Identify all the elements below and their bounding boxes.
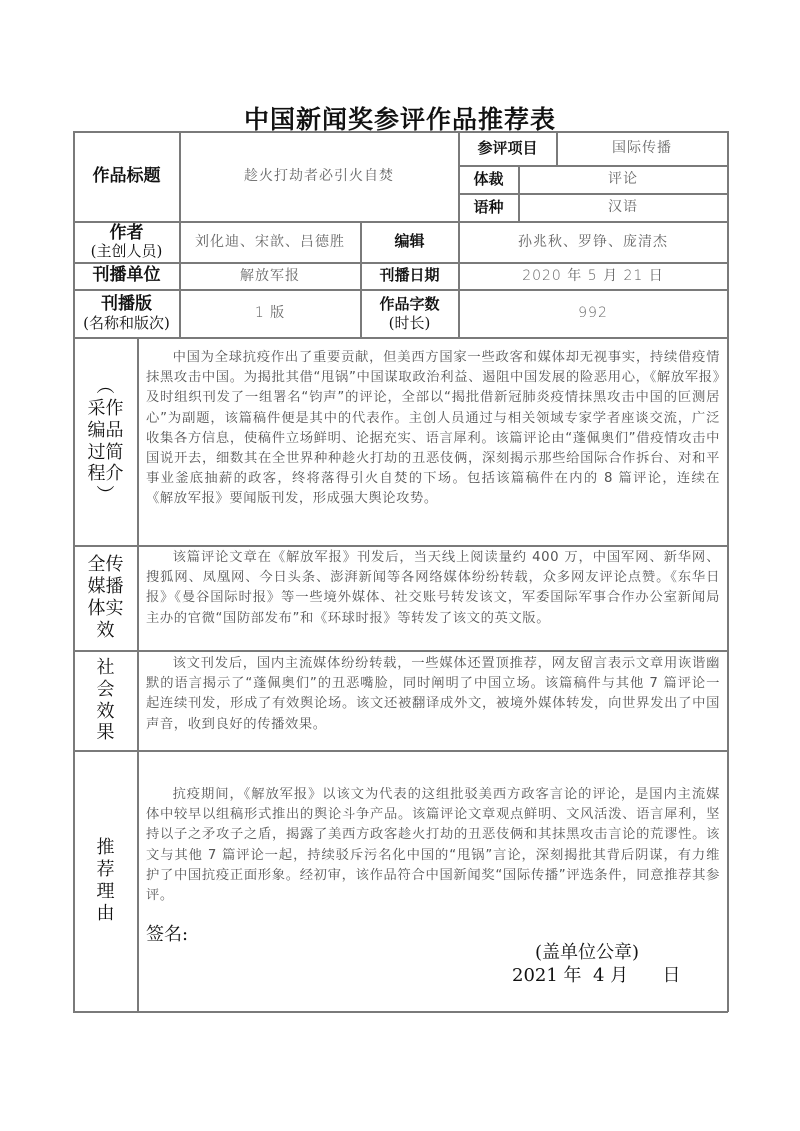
work-title-label: 作品标题 [74, 132, 179, 221]
edition-label: 刊播版 [101, 294, 152, 314]
label-line: 媒播 [88, 576, 124, 598]
divider [73, 337, 728, 339]
section-label-recommendation: 推 荐 理 由 [74, 751, 137, 1011]
work-title-value: 趁火打劫者必引火自焚 [180, 132, 458, 221]
author-label-cell: 作者 (主创人员) [74, 222, 179, 262]
genre-label: 体裁 [459, 166, 518, 193]
divider [73, 750, 728, 752]
section-label-process: ︵ 采作 编品 过简 程介 ︶ [74, 338, 137, 545]
edition-value: 1 版 [180, 290, 360, 337]
section-label-media-effect: 全传 媒播 体实 效 [74, 546, 137, 650]
category-label: 参评项目 [459, 132, 556, 165]
label-line: 体实 [88, 598, 124, 620]
label-line: 果 [97, 722, 115, 744]
divider [73, 545, 728, 547]
label-line: 荐 [97, 859, 115, 881]
section-text-social-effect: 该文刊发后，国内主流媒体纷纷转载，一些媒体还置顶推荐，网友留言表示文章用诙谐幽默… [146, 654, 720, 735]
pub-date-value: 2020 年 5 月 21 日 [459, 263, 727, 289]
label-line: 全传 [88, 554, 124, 576]
edition-label-cell: 刊播版 (名称和版次) [74, 290, 179, 337]
signature-label: 签名: [146, 920, 188, 946]
author-label: 作者 [110, 224, 144, 242]
publisher-label: 刊播单位 [74, 263, 179, 289]
label-line: 效 [97, 620, 115, 642]
date-line: 2021 年 4 月 日 [512, 961, 680, 987]
label-line: 程介 [88, 463, 124, 485]
author-sublabel: (主创人员) [91, 242, 163, 260]
language-value: 汉语 [519, 194, 727, 221]
editor-label: 编辑 [361, 222, 458, 262]
word-count-label: 作品字数 [379, 294, 439, 314]
section-text-process: 中国为全球抗疫作出了重要贡献，但美西方国家一些政客和媒体却无视事实，持续借疫情抹… [146, 348, 720, 510]
label-line: 效 [97, 701, 115, 723]
label-line: 会 [97, 679, 115, 701]
genre-value: 评论 [519, 166, 727, 193]
divider [73, 650, 728, 652]
author-value: 刘化迪、宋歆、吕德胜 [180, 222, 360, 262]
label-line: 过简 [88, 442, 124, 464]
label-line: ︶ [97, 485, 115, 507]
table-border-bottom [73, 1011, 728, 1013]
divider [137, 337, 139, 1012]
label-line: 采作 [88, 398, 124, 420]
language-label: 语种 [459, 194, 518, 221]
word-count-sublabel: (时长) [389, 314, 431, 333]
label-line: 编品 [88, 420, 124, 442]
pub-date-label: 刊播日期 [361, 263, 458, 289]
label-line: 社 [97, 657, 115, 679]
label-line: 推 [97, 837, 115, 859]
category-value: 国际传播 [557, 132, 727, 165]
edition-sublabel: (名称和版次) [83, 314, 170, 333]
word-count-value: 992 [459, 290, 727, 337]
label-line: ︵ [97, 376, 115, 398]
section-text-media-effect: 该篇评论文章在《解放军报》刊发后，当天线上阅读量约 400 万，中国军网、新华网… [146, 548, 720, 629]
label-line: 由 [97, 903, 115, 925]
section-label-social-effect: 社 会 效 果 [74, 651, 137, 750]
word-count-label-cell: 作品字数 (时长) [361, 290, 458, 337]
section-text-recommendation: 抗疫期间，《解放军报》以该文为代表的这组批驳美西方政客言论的评论，是国内主流媒体… [146, 785, 720, 906]
editor-value: 孙兆秋、罗铮、庞清杰 [459, 222, 727, 262]
label-line: 理 [97, 881, 115, 903]
publisher-value: 解放军报 [180, 263, 360, 289]
